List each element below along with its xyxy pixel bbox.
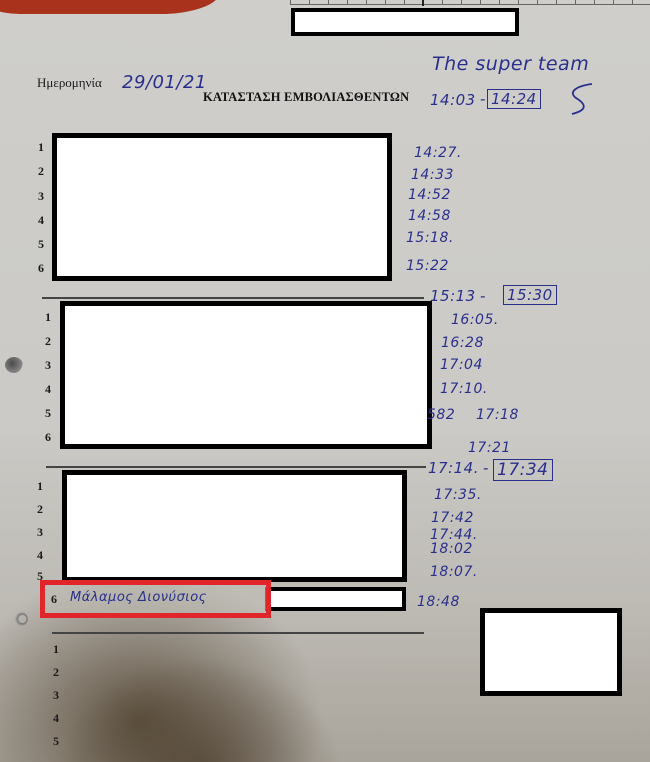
dash: - xyxy=(480,287,486,305)
group-divider xyxy=(42,297,424,299)
time-entry: 14:52 xyxy=(408,187,451,203)
time-entry: 18:07. xyxy=(430,564,478,580)
row-number: 1 xyxy=(45,310,51,325)
redaction-group-3-row-6 xyxy=(265,587,406,611)
dash: - xyxy=(483,459,489,477)
time-entry: 14:33 xyxy=(411,167,454,183)
page-title: ΚΑΤΑΣΤΑΣΗ ΕΜΒΟΛΙΑΣΘΕΝΤΩΝ xyxy=(203,90,409,105)
row-number: 1 xyxy=(37,479,43,494)
row-number: 2 xyxy=(38,164,44,179)
row-number: 3 xyxy=(53,688,59,703)
time-entry: 17:18 xyxy=(476,407,519,423)
time-entry: 17:35. xyxy=(434,487,482,503)
redaction-bottom-right xyxy=(480,608,622,696)
group-divider xyxy=(52,632,424,634)
row-number: 4 xyxy=(53,711,59,726)
range-end-boxed: 17:34 xyxy=(493,459,553,481)
time-entry: 15:18. xyxy=(406,230,454,246)
row-number: 2 xyxy=(45,334,51,349)
row-number: 3 xyxy=(37,525,43,540)
time-entry: 18:48 xyxy=(417,594,460,610)
row-number: 3 xyxy=(38,189,44,204)
row-number: 4 xyxy=(45,382,51,397)
range-start: 17:14. xyxy=(428,459,479,477)
row-number: 1 xyxy=(53,642,59,657)
row-number: 6 xyxy=(51,592,57,607)
time-entry: 16:28 xyxy=(441,335,484,351)
row-number: 5 xyxy=(45,406,51,421)
punch-hole xyxy=(14,612,28,626)
time-end-boxed: 14:24 xyxy=(487,89,541,109)
time-entry: 17:10. xyxy=(440,381,488,397)
row-number: 2 xyxy=(37,502,43,517)
time-entry: 17:04 xyxy=(440,357,483,373)
time-start: 14:03 xyxy=(430,91,476,109)
row-number: 6 xyxy=(45,430,51,445)
row-number: 6 xyxy=(38,261,44,276)
time-entry: 14:58 xyxy=(408,208,451,224)
group-divider xyxy=(46,466,426,468)
signature-mark xyxy=(562,78,602,118)
row-number: 3 xyxy=(45,358,51,373)
row-number: 4 xyxy=(38,213,44,228)
red-folder-corner xyxy=(0,0,220,14)
time-entry: 15:22 xyxy=(406,258,449,274)
row-number: 2 xyxy=(53,665,59,680)
team-note: The super team xyxy=(432,53,589,75)
highlighted-row: 6 Μάλαμος Διονύσιος xyxy=(40,580,271,618)
row-number: 1 xyxy=(38,140,44,155)
range-end-boxed: 15:30 xyxy=(503,285,557,305)
row-number: 4 xyxy=(37,548,43,563)
ruler-edge xyxy=(290,0,650,5)
redaction-group-1 xyxy=(52,133,392,281)
document-photo: Ημερομηνία 29/01/21 ΚΑΤΑΣΤΑΣΗ ΕΜΒΟΛΙΑΣΘΕ… xyxy=(0,0,650,762)
date-label: Ημερομηνία xyxy=(37,75,102,91)
time-entry: 18:02 xyxy=(430,541,473,557)
row-number: 5 xyxy=(38,237,44,252)
row-number: 5 xyxy=(53,734,59,749)
time-entry: 14:27. xyxy=(414,145,462,161)
dash: - xyxy=(480,90,486,108)
handwritten-name: Μάλαμος Διονύσιος xyxy=(70,590,207,605)
date-value: 29/01/21 xyxy=(122,72,207,93)
time-entry: 17:42 xyxy=(431,510,474,526)
punch-hole xyxy=(5,357,23,373)
redaction-top xyxy=(291,8,519,36)
redaction-group-3 xyxy=(62,470,407,582)
margin-note: 582 xyxy=(427,407,455,423)
range-start: 15:13 xyxy=(430,287,476,305)
ruler-mark xyxy=(422,0,424,6)
redaction-group-2 xyxy=(60,301,432,449)
time-entry: 16:05. xyxy=(451,312,499,328)
time-entry: 17:21 xyxy=(468,440,511,456)
